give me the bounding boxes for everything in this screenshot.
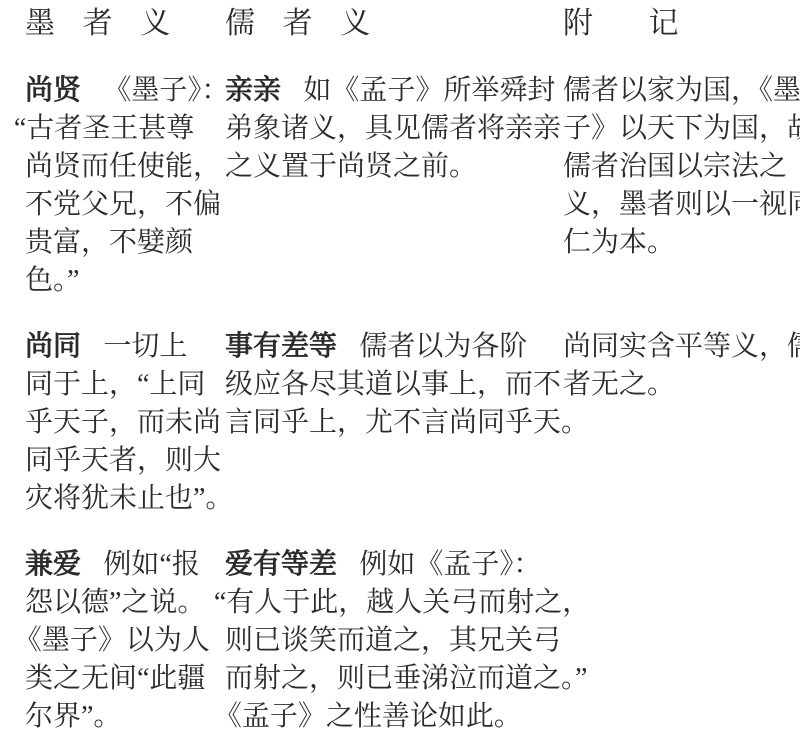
cell-note-1: 儒者以家为国，《墨子》以天下为国，故儒者治国以宗法之义，墨者则以一视同仁为本。 <box>563 72 800 262</box>
cell-first-line: 尚贤《墨子》： <box>25 72 225 110</box>
cell-first-line: 尚同一切上 <box>25 328 225 366</box>
term-label: 事有差等 <box>225 331 337 362</box>
cell-body-text: 同于上，“上同乎天子，而未尚同乎天者，则大灾将犹未止也”。 <box>25 366 225 518</box>
term-label: 爱有等差 <box>225 549 337 580</box>
column-header-mohist: 墨者义 <box>25 4 225 44</box>
term-label: 兼爱 <box>25 549 81 580</box>
text-line: 者无之。 <box>563 366 800 404</box>
text-line: 尚同实含平等义，儒 <box>563 328 800 366</box>
cell-mohist-shangtong: 尚同一切上 同于上，“上同乎天子，而未尚同乎天者，则大灾将犹未止也”。 <box>25 328 225 518</box>
text-line: 灾将犹未止也”。 <box>25 480 225 518</box>
first-line-text: 例如《孟子》： <box>359 549 541 580</box>
text-line: 不党父兄，不偏 <box>25 186 225 224</box>
text-line: 弟象诸义，具见儒者将亲亲 <box>225 110 563 148</box>
cell-first-line: 兼爱例如“报 <box>25 546 225 584</box>
first-line-text: 儒者以为各阶 <box>359 331 527 362</box>
cell-confucian-qinqin: 亲亲如《孟子》所举舜封 弟象诸义，具见儒者将亲亲之义置于尚贤之前。 <box>225 72 563 186</box>
text-line: 则已谈笑而道之，其兄关弓 <box>225 622 563 660</box>
cell-body-text: “古者圣王甚尊尚贤而任使能，不党父兄，不偏贵富，不嬖颜色。” <box>25 110 225 300</box>
text-line: 义，墨者则以一视同 <box>563 186 800 224</box>
text-line: 色。” <box>25 262 225 300</box>
term-label: 尚贤 <box>25 75 81 106</box>
cell-body-text: “有人于此，越人关弓而射之，则已谈笑而道之，其兄关弓而射之，则已垂涕泣而道之。”… <box>225 584 563 733</box>
text-line: 言同乎上，尤不言尚同乎天。 <box>225 404 563 442</box>
text-line: 乎天子，而未尚 <box>25 404 225 442</box>
first-line-text: 《墨子》： <box>103 75 229 106</box>
text-line: 贵富，不嬖颜 <box>25 224 225 262</box>
text-line: 级应各尽其道以事上，而不 <box>225 366 563 404</box>
text-line: 类之无间“此疆 <box>25 660 225 698</box>
text-line: 怨以德”之说。 <box>25 584 225 622</box>
column-header-notes: 附记 <box>563 4 800 44</box>
text-line: 而射之，则已垂涕泣而道之。” <box>225 660 563 698</box>
text-line: 儒者治国以宗法之 <box>563 148 800 186</box>
text-line: 儒者以家为国，《墨 <box>563 72 800 110</box>
book-page: 墨者义 儒者义 附记 尚贤《墨子》： “古者圣王甚尊尚贤而任使能，不党父兄，不偏… <box>0 0 800 733</box>
cell-mohist-shangxian: 尚贤《墨子》： “古者圣王甚尊尚贤而任使能，不党父兄，不偏贵富，不嬖颜色。” <box>25 72 225 300</box>
term-label: 尚同 <box>25 331 81 362</box>
comparison-table: 墨者义 儒者义 附记 尚贤《墨子》： “古者圣王甚尊尚贤而任使能，不党父兄，不偏… <box>25 4 800 733</box>
cell-body-text: 级应各尽其道以事上，而不言同乎上，尤不言尚同乎天。 <box>225 366 563 442</box>
cell-first-line: 爱有等差例如《孟子》： <box>225 546 563 584</box>
text-line: 尚贤而任使能， <box>25 148 225 186</box>
text-line: 子》以天下为国，故 <box>563 110 800 148</box>
cell-mohist-jianai: 兼爱例如“报 怨以德”之说。《墨子》以为人类之无间“此疆尔界”。 <box>25 546 225 733</box>
text-line: 《墨子》以为人 <box>14 622 225 660</box>
text-line: 尔界”。 <box>25 698 225 733</box>
cell-body-text: 怨以德”之说。《墨子》以为人类之无间“此疆尔界”。 <box>25 584 225 733</box>
column-header-confucian: 儒者义 <box>225 4 563 44</box>
term-label: 亲亲 <box>225 75 281 106</box>
text-line: 同于上，“上同 <box>25 366 225 404</box>
text-line: 《孟子》之性善论如此。 <box>214 698 563 733</box>
text-line: “有人于此，越人关弓而射之， <box>214 584 563 622</box>
cell-note-2: 尚同实含平等义，儒者无之。 <box>563 328 800 404</box>
first-line-text: 如《孟子》所举舜封 <box>303 75 555 106</box>
cell-confucian-aiyoudengcha: 爱有等差例如《孟子》： “有人于此，越人关弓而射之，则已谈笑而道之，其兄关弓而射… <box>225 546 563 733</box>
text-line: 同乎天者，则大 <box>25 442 225 480</box>
cell-confucian-shiyouchadeng: 事有差等儒者以为各阶 级应各尽其道以事上，而不言同乎上，尤不言尚同乎天。 <box>225 328 563 442</box>
cell-body-text: 弟象诸义，具见儒者将亲亲之义置于尚贤之前。 <box>225 110 563 186</box>
cell-first-line: 亲亲如《孟子》所举舜封 <box>225 72 563 110</box>
first-line-text: 例如“报 <box>103 549 199 580</box>
text-line: “古者圣王甚尊 <box>14 110 225 148</box>
text-line: 仁为本。 <box>563 224 800 262</box>
first-line-text: 一切上 <box>103 331 187 362</box>
text-line: 之义置于尚贤之前。 <box>225 148 563 186</box>
cell-first-line: 事有差等儒者以为各阶 <box>225 328 563 366</box>
